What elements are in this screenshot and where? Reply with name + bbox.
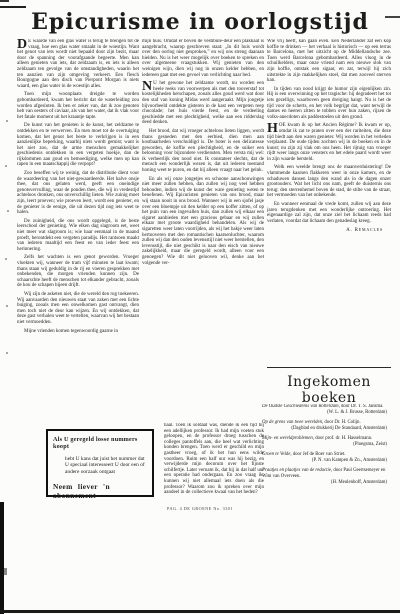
scan-artifact-corner (0, 0, 9, 2)
book-publisher: (Dagblad en drukkerij De Standaard, Amst… (262, 426, 392, 432)
author-signature: A. Remacles (267, 228, 391, 234)
section-divider-rule (267, 367, 391, 368)
paragraph: En wanneer eenmaal de vrede komt, zullen… (267, 202, 391, 224)
article-column-3: Wie vrij heeft, kan gaan even. Een Neder… (267, 39, 391, 355)
scan-artifact-line (0, 6, 26, 8)
paragraph-text: U het gewone het zeldzame wordt, nu word… (142, 81, 264, 125)
dropcap-letter: H (267, 123, 278, 134)
scan-artifact-edge-bar (0, 502, 4, 614)
paragraph-text: E waarde van een glas water is terug te … (17, 39, 139, 89)
page-footer-label: PAG. 4 DE GROENE No. 3301 (0, 506, 400, 511)
scan-artifact-smudge (4, 568, 7, 575)
book-entry: Mijn- en wereldproblemen, door prof. dr.… (262, 436, 392, 448)
paragraph: De zuinigheid, die ons wordt opgelegd, i… (17, 219, 139, 253)
paragraph-text: Wie vrij heeft, kan gaan even. Een Neder… (267, 39, 391, 83)
ad-body: hebt U kans dat juist het nummer dat U s… (65, 456, 145, 475)
scan-speck (6, 305, 8, 307)
paragraph: Mijne vrienden komen tegenwoordig gaarne… (17, 329, 139, 335)
scan-speck (6, 352, 8, 354)
paragraph: NU het gewone het zeldzame wordt, nu wor… (142, 81, 264, 126)
newspaper-page: Epicurisme in oorlogstijd DE waarde van … (0, 0, 400, 614)
scan-speck (7, 210, 9, 212)
scan-speck (5, 165, 7, 167)
dropcap-letter: N (142, 81, 152, 92)
paragraph: En als wij onze jongetjes en schoone aan… (142, 177, 264, 267)
article-column-2-continued: haal. Toen ik soldaat was, diende ik een… (164, 423, 264, 503)
paragraph-text: mijn huis. Omdat er boven de vestibule-d… (142, 39, 264, 78)
book-publisher: (P. N. van Kampen & Zn., Amsterdam) (262, 458, 392, 464)
scan-artifact-bottom-edge (0, 610, 400, 613)
page-title: Epicurisme in oorlogstijd (0, 9, 400, 35)
book-title-line: Praatjes en plaatjes van de redactie, do… (262, 468, 392, 480)
paragraph: Toen mijn woonplaats dreigde te worden g… (17, 92, 139, 120)
article-column-1: DE waarde van een glas water is terug te… (17, 39, 139, 422)
book-list: De Oudste Geschiedenis van Rotterdam, do… (262, 404, 392, 506)
paragraph: Zoo beseffen wij te weinig, dat de distr… (17, 171, 139, 216)
scan-speck (6, 120, 8, 122)
paragraph: Wie vrij heeft, kan gaan even. Een Neder… (267, 39, 391, 84)
book-entry: Praatjes en plaatjes van de redactie, do… (262, 468, 392, 485)
paragraph: mijn huis. Omdat er boven de vestibule-d… (142, 39, 264, 78)
paragraph: Welk een weelde brengt ons de maanverdui… (267, 165, 391, 199)
book-entry: Groen te Velde, door Jef de Boer van Str… (262, 452, 392, 464)
paragraph: De kunst van het genieten is de kunst, h… (17, 123, 139, 168)
dropcap-letter: D (17, 39, 27, 50)
subscription-ad-box: Als U geregeld losse nummers koopt hebt … (46, 429, 154, 497)
book-entry: Op de grens van twee werelden, door Dr. … (262, 420, 392, 432)
scan-speck (5, 258, 7, 260)
ad-header: Als U geregeld losse nummers koopt (53, 436, 147, 450)
paragraph: haal. Toen ik soldaat was, diende ik een… (164, 423, 264, 496)
scan-artifact-line (385, 16, 400, 18)
ad-footer: Neem liever 'n abonnement (53, 482, 147, 500)
paragraph: Wij zijn de asketen niet, die de wereld … (17, 292, 139, 326)
paragraph: Het brood, dat wij vroeger achteloos lie… (142, 129, 264, 174)
book-publisher: (H. Meulenhoff, Amsterdam) (262, 480, 392, 486)
paragraph-text: OE kwam ik op het Ancien Régime? Ik kwam… (267, 123, 391, 162)
article-column-2: mijn huis. Omdat er boven de vestibule-d… (142, 39, 264, 420)
paragraph: DE waarde van een glas water is terug te… (17, 39, 139, 89)
book-publisher: (W. L. & J. Brusse, Rotterdam) (262, 410, 392, 416)
paragraph: Zelfs het wachten is een genot geworden.… (17, 255, 139, 289)
book-title-line: De Oudste Geschiedenis van Rotterdam, do… (262, 404, 392, 410)
paragraph: HOE kwam ik op het Ancien Régime? Ik kwa… (267, 123, 391, 162)
book-publisher: (Ploegsma, Zeist) (262, 442, 392, 448)
section-heading-ingekomen-boeken: Ingekomen boeken (267, 374, 391, 406)
book-entry: De Oudste Geschiedenis van Rotterdam, do… (262, 404, 392, 416)
paragraph: In tijden van nood krijgt de humor zijn … (267, 87, 391, 121)
